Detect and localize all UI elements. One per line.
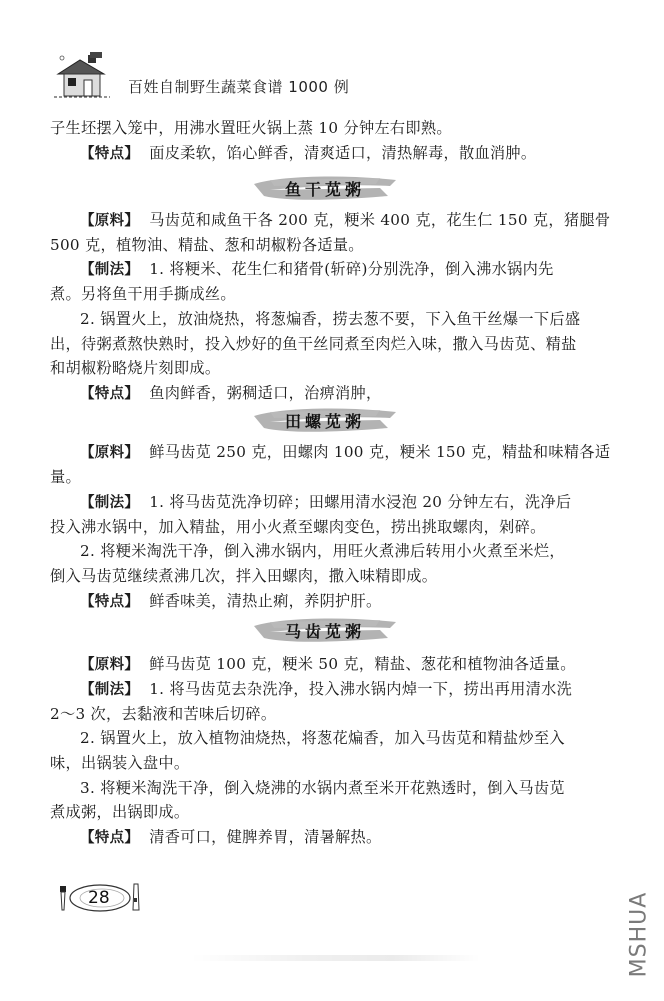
feature-label: 【特点】 xyxy=(80,146,139,162)
paragraph-line: 倒入马齿苋继续煮沸几次，拌入田螺肉，撒入味精即成。 xyxy=(50,566,595,586)
paragraph-line: 量。 xyxy=(50,467,595,487)
feature-text: 鱼肉鲜香，粥稠适口，治痹消肿， xyxy=(149,384,381,402)
method-paragraph: 【制法】1. 将马齿苋去杂洗净，投入沸水锅内焯一下，捞出再用清水洗 xyxy=(80,679,595,700)
paragraph-line: 和胡椒粉略烧片刻即成。 xyxy=(50,358,595,378)
paragraph-line: 2. 锅置火上，放入植物油烧热，将葱花煸香，加入马齿苋和精盐炒至入 xyxy=(80,728,595,748)
paragraph-line: 出，待粥煮熬快熟时，投入炒好的鱼干丝同煮至肉烂入味，撒入马齿苋、精盐 xyxy=(50,334,595,354)
method-label: 【制法】 xyxy=(80,262,139,278)
paragraph-line: 2～3 次，去黏液和苦味后切碎。 xyxy=(50,704,595,724)
feature-text: 面皮柔软，馅心鲜香，清爽适口，清热解毒，散血消肿。 xyxy=(149,144,536,162)
paragraph-line: 2. 锅置火上，放油烧热，将葱煸香，捞去葱不要，下入鱼干丝爆一下后盛 xyxy=(80,309,595,329)
recipe-title-banner: 田螺苋粥 xyxy=(250,404,400,436)
feature-paragraph: 【特点】清香可口，健脾养胃，清暑解热。 xyxy=(80,827,595,848)
recipe-title: 鱼干苋粥 xyxy=(250,177,400,200)
ingredients-label: 【原料】 xyxy=(80,445,139,461)
paragraph-line: 味，出锅装入盘中。 xyxy=(50,753,595,773)
ingredients-label: 【原料】 xyxy=(80,657,139,673)
book-title: 百姓自制野生蔬菜食谱 1000 例 xyxy=(128,76,349,97)
feature-text: 清香可口，健脾养胃，清暑解热。 xyxy=(149,828,381,846)
paragraph-line: 2. 将粳米淘洗干净，倒入沸水锅内，用旺火煮沸后转用小火煮至米烂， xyxy=(80,541,595,561)
page-number-badge: 28 xyxy=(50,880,150,916)
method-label: 【制法】 xyxy=(80,495,139,511)
book-page: 百姓自制野生蔬菜食谱 1000 例 子生坯摆入笼中，用沸水置旺火锅上蒸 10 分… xyxy=(0,0,664,1001)
paragraph-line: 子生坯摆入笼中，用沸水置旺火锅上蒸 10 分钟左右即熟。 xyxy=(50,118,595,138)
watermark: MSHUA xyxy=(618,880,658,990)
paragraph-line: 投入沸水锅中，加入精盐，用小火煮至螺肉变色，捞出挑取螺肉，剁碎。 xyxy=(50,517,595,537)
ingredients-paragraph: 【原料】鲜马齿苋 100 克，粳米 50 克，精盐、葱花和植物油各适量。 xyxy=(80,654,595,675)
house-icon xyxy=(52,52,114,100)
paragraph-line: 煮成粥，出锅即成。 xyxy=(50,802,595,822)
method-label: 【制法】 xyxy=(80,682,139,698)
method-paragraph: 【制法】1. 将粳米、花生仁和猪骨(斩碎)分别洗净，倒入沸水锅内先 xyxy=(80,259,595,280)
ingredients-text: 马齿苋和咸鱼干各 200 克，粳米 400 克，花生仁 150 克，猪腿骨 xyxy=(149,211,610,229)
watermark-text: MSHUA xyxy=(627,880,652,990)
paragraph-line: 500 克，植物油、精盐、葱和胡椒粉各适量。 xyxy=(50,235,595,255)
method-text: 1. 将粳米、花生仁和猪骨(斩碎)分别洗净，倒入沸水锅内先 xyxy=(149,260,553,278)
method-text: 1. 将马齿苋去杂洗净，投入沸水锅内焯一下，捞出再用清水洗 xyxy=(149,680,572,698)
feature-label: 【特点】 xyxy=(80,594,139,610)
ingredients-paragraph: 【原料】马齿苋和咸鱼干各 200 克，粳米 400 克，花生仁 150 克，猪腿… xyxy=(80,210,595,231)
feature-paragraph: 【特点】面皮柔软，馅心鲜香，清爽适口，清热解毒，散血消肿。 xyxy=(80,143,595,164)
paragraph-line: 3. 将粳米淘洗干净，倒入烧沸的水锅内煮至米开花熟透时，倒入马齿苋 xyxy=(80,778,595,798)
recipe-title: 马齿苋粥 xyxy=(250,619,400,642)
feature-label: 【特点】 xyxy=(80,830,139,846)
scan-artifact xyxy=(190,955,480,961)
paragraph-line: 煮。另将鱼干用手撕成丝。 xyxy=(50,284,595,304)
feature-paragraph: 【特点】鱼肉鲜香，粥稠适口，治痹消肿， xyxy=(80,383,595,404)
ingredients-text: 鲜马齿苋 100 克，粳米 50 克，精盐、葱花和植物油各适量。 xyxy=(149,655,576,673)
recipe-title: 田螺苋粥 xyxy=(250,409,400,432)
method-paragraph: 【制法】1. 将马齿苋洗净切碎；田螺用清水浸泡 20 分钟左右，洗净后 xyxy=(80,492,595,513)
page-number: 28 xyxy=(88,888,110,908)
feature-paragraph: 【特点】鲜香味美，清热止痢，养阴护肝。 xyxy=(80,591,595,612)
recipe-title-banner: 鱼干苋粥 xyxy=(250,172,400,204)
recipe-title-banner: 马齿苋粥 xyxy=(250,614,400,646)
feature-text: 鲜香味美，清热止痢，养阴护肝。 xyxy=(149,592,381,610)
ingredients-label: 【原料】 xyxy=(80,213,139,229)
method-text: 1. 将马齿苋洗净切碎；田螺用清水浸泡 20 分钟左右，洗净后 xyxy=(149,493,571,511)
ingredients-paragraph: 【原料】鲜马齿苋 250 克，田螺肉 100 克，粳米 150 克，精盐和味精各… xyxy=(80,442,595,463)
page-header: 百姓自制野生蔬菜食谱 1000 例 xyxy=(52,52,452,102)
ingredients-text: 鲜马齿苋 250 克，田螺肉 100 克，粳米 150 克，精盐和味精各适 xyxy=(149,443,610,461)
feature-label: 【特点】 xyxy=(80,386,139,402)
